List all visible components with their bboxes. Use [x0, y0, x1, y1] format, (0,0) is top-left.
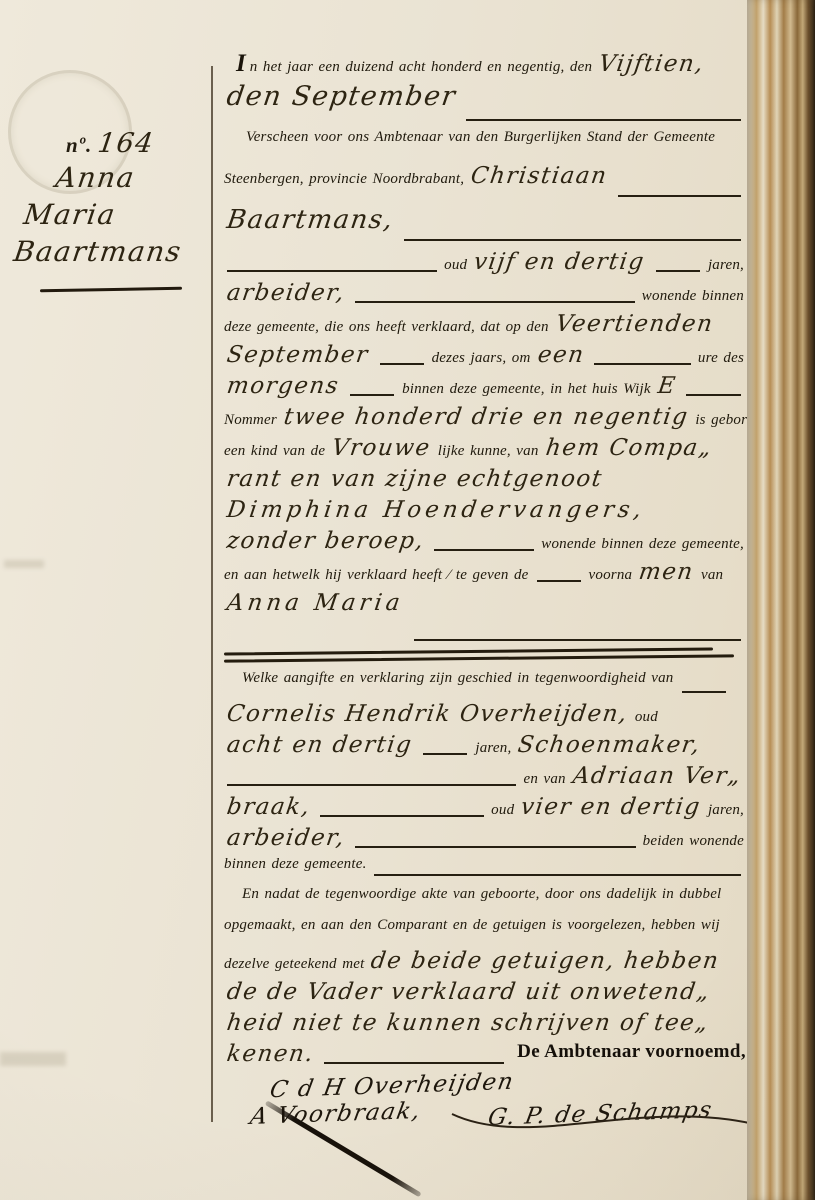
- document-line: braak,oudvier en dertigjaren,: [222, 794, 746, 824]
- flourish-line: [224, 649, 744, 663]
- printed-text: opgemaakt, en aan den Comparant en de ge…: [224, 917, 720, 934]
- handwritten-text: men: [637, 559, 695, 585]
- handwritten-text: Vijftien,: [597, 51, 706, 77]
- printed-text: wonende binnen deze gemeente,: [541, 536, 744, 553]
- fill-rule: [374, 874, 741, 876]
- handwritten-text: hem Compa„: [544, 435, 714, 461]
- printed-text: binnen deze gemeente.: [224, 856, 367, 873]
- document-line: en vanAdriaan Ver„: [222, 763, 746, 793]
- printed-text: voorna: [589, 567, 633, 584]
- signature-text: A Voorbraak,: [248, 1098, 423, 1130]
- fill-rule: [618, 195, 741, 197]
- handwritten-text: September: [225, 342, 370, 368]
- handwritten-text: twee honderd drie en negentig: [282, 404, 690, 430]
- printed-text: en aan hetwelk hij verklaard heeft ⁄ te …: [224, 567, 529, 584]
- fill-dash: [350, 394, 394, 396]
- birth-certificate-scan: nº. 164 Anna Maria Baartmans In het jaar…: [0, 0, 815, 1200]
- fill-rule: [594, 363, 691, 365]
- document-line: En nadat de tegenwoordige akte van geboo…: [222, 886, 746, 916]
- ink-bleed-through: [4, 560, 44, 568]
- document-line: arbeider,wonende binnen: [222, 280, 746, 310]
- margin-flourish: [40, 287, 182, 292]
- act-number-value: 164: [96, 128, 156, 159]
- act-number: nº. 164: [14, 128, 200, 159]
- document-line: Cornelis Hendrik Overheijden,oud: [222, 701, 746, 731]
- margin-name-line: Anna: [11, 159, 137, 196]
- handwritten-text: E: [656, 373, 678, 399]
- act-body-text: In het jaar een duizend acht honderd en …: [222, 50, 746, 1136]
- printed-text: dezes jaars, om: [432, 350, 531, 367]
- document-line: een kind van deVrouwelijke kunne, vanhem…: [222, 435, 746, 465]
- handwritten-text: braak,: [225, 794, 312, 820]
- printed-text: oud: [635, 709, 658, 726]
- printed-text: een kind van de: [224, 443, 325, 460]
- printed-text: ure des: [698, 350, 744, 367]
- handwritten-text: Vrouwe: [330, 435, 432, 461]
- document-line: Welke aangifte en verklaring zijn geschi…: [222, 670, 746, 700]
- handwritten-text: Dimphina Hoendervangers,: [225, 497, 647, 523]
- handwritten-text: de beide getuigen, hebben: [370, 948, 722, 974]
- document-line: deze gemeente, die ons heeft verklaard, …: [222, 311, 746, 341]
- handwritten-text: heid niet te kunnen schrijven of tee„: [225, 1010, 710, 1036]
- printed-text: van: [701, 567, 723, 584]
- handwritten-text: de de Vader verklaard uit onwetend„: [225, 979, 712, 1005]
- document-line: zonder beroep,wonende binnen deze gemeen…: [222, 528, 746, 558]
- handwritten-text: acht en dertig: [225, 732, 414, 758]
- printed-text: En nadat de tegenwoordige akte van geboo…: [242, 886, 721, 903]
- printed-text: n het jaar een duizend acht honderd en n…: [250, 59, 592, 76]
- printed-text: lijke kunne, van: [438, 443, 539, 460]
- margin-name-line: Baartmans: [11, 233, 184, 270]
- fill-rule: [686, 394, 741, 396]
- printed-text: jaren,: [475, 740, 511, 757]
- handwritten-text: arbeider,: [225, 825, 347, 851]
- handwritten-name: Anna Maria: [225, 590, 405, 616]
- fill-rule: [227, 784, 516, 786]
- fill-rule: [324, 1062, 504, 1064]
- document-line: morgensbinnen deze gemeente, in het huis…: [222, 373, 746, 403]
- printed-text: wonende binnen: [642, 288, 744, 305]
- document-line: [222, 649, 746, 669]
- printed-text: Welke aangifte en verklaring zijn geschi…: [242, 670, 674, 687]
- fill-rule: [466, 119, 741, 121]
- handwritten-text: morgens: [225, 373, 341, 399]
- printed-text: jaren,: [708, 257, 744, 274]
- handwritten-text: zonder beroep,: [225, 528, 426, 554]
- handwritten-text: Baartmans,: [225, 205, 396, 235]
- handwritten-text: arbeider,: [225, 280, 347, 306]
- document-line: Dimphina Hoendervangers,: [222, 497, 746, 527]
- lead-capital: I: [236, 50, 246, 78]
- fill-rule: [227, 270, 437, 272]
- fill-rule: [320, 815, 484, 817]
- handwritten-text: den September: [225, 81, 458, 112]
- document-line: den September: [222, 81, 746, 128]
- margin-annotation: nº. 164 Anna Maria Baartmans: [14, 128, 200, 291]
- document-line: kenen.De Ambtenaar voornoemd,: [222, 1041, 746, 1071]
- document-line: de de Vader verklaard uit onwetend„: [222, 979, 746, 1009]
- handwritten-text: Cornelis Hendrik Overheijden,: [225, 701, 629, 727]
- handwritten-text: Veertienden: [554, 311, 715, 337]
- margin-name-line: Maria: [11, 196, 118, 233]
- handwritten-text: vier en dertig: [519, 794, 702, 820]
- handwritten-text: Adriaan Ver„: [571, 763, 743, 789]
- book-page-edges: [747, 0, 815, 1200]
- officer-signature-flourish: [438, 1092, 768, 1152]
- document-line: binnen deze gemeente.: [222, 856, 746, 883]
- handwritten-text: een: [536, 342, 586, 368]
- printed-text: en van: [523, 771, 565, 788]
- handwritten-text: rant en van zijne echtgenoot: [225, 466, 604, 492]
- printed-text: Verscheen voor ons Ambtenaar van den Bur…: [246, 129, 715, 146]
- printed-text: jaren,: [708, 802, 744, 819]
- document-line: Nommertwee honderd drie en negentigis ge…: [222, 404, 746, 434]
- margin-rule: [211, 66, 213, 1122]
- handwritten-text: Christiaan: [469, 163, 609, 189]
- document-line: en aan hetwelk hij verklaard heeft ⁄ te …: [222, 559, 746, 589]
- fill-rule: [355, 846, 636, 848]
- document-line: Septemberdezes jaars, omeenure des: [222, 342, 746, 372]
- printed-text: Nommer: [224, 412, 277, 429]
- document-line: dezelve geteekend metde beide getuigen, …: [222, 948, 746, 978]
- officer-label: De Ambtenaar voornoemd,: [517, 1041, 746, 1063]
- fill-dash: [682, 691, 726, 693]
- document-line: In het jaar een duizend acht honderd en …: [222, 50, 746, 80]
- fill-dash: [537, 580, 581, 582]
- fill-rule: [355, 301, 635, 303]
- fill-rule: [404, 239, 742, 241]
- document-line: Baartmans,: [222, 205, 746, 248]
- document-line: arbeider,beiden wonende: [222, 825, 746, 855]
- fill-dash: [380, 363, 424, 365]
- act-number-label: nº.: [66, 133, 92, 157]
- document-line: rant en van zijne echtgenoot: [222, 466, 746, 496]
- printed-text: deze gemeente, die ons heeft verklaard, …: [224, 319, 549, 336]
- printed-text: Steenbergen, provincie Noordbrabant,: [224, 171, 464, 188]
- handwritten-text: kenen.: [225, 1041, 316, 1067]
- document-line: oudvijf en dertigjaren,: [222, 249, 746, 279]
- document-line: acht en dertigjaren,Schoenmaker,: [222, 732, 746, 762]
- printed-text: oud: [444, 257, 467, 274]
- document-line: opgemaakt, en aan den Comparant en de ge…: [222, 917, 746, 947]
- printed-text: beiden wonende: [643, 833, 744, 850]
- fill-rule: [414, 639, 741, 641]
- document-line: heid niet te kunnen schrijven of tee„: [222, 1010, 746, 1040]
- document-line: Anna Maria: [222, 590, 746, 648]
- document-line: Verscheen voor ons Ambtenaar van den Bur…: [222, 129, 746, 162]
- printed-text: oud: [491, 802, 514, 819]
- handwritten-text: vijf en dertig: [472, 249, 646, 275]
- handwritten-text: Schoenmaker,: [517, 732, 703, 758]
- fill-rule: [434, 549, 534, 551]
- fill-dash: [656, 270, 700, 272]
- printed-text: dezelve geteekend met: [224, 956, 364, 973]
- printed-text: binnen deze gemeente, in het huis Wijk: [402, 381, 651, 398]
- document-line: Steenbergen, provincie Noordbrabant,Chri…: [222, 163, 746, 204]
- ink-bleed-through: [0, 1052, 66, 1066]
- fill-dash: [423, 753, 467, 755]
